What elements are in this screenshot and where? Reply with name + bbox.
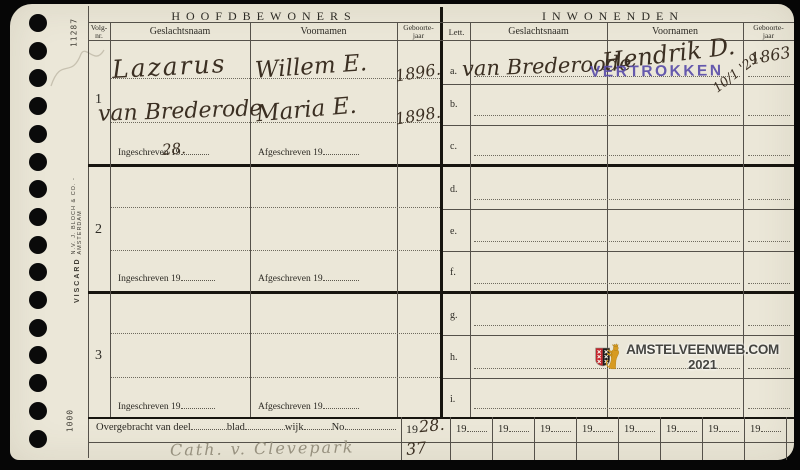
hw-street-name: Cath. v. Clevepark xyxy=(170,439,355,458)
volgnr-2: 2 xyxy=(95,222,102,238)
header-volgnr-line2: nr. xyxy=(95,32,103,40)
serial-number-bottom: 1000 xyxy=(66,401,75,441)
dotted-leader xyxy=(635,423,655,432)
punch-hole xyxy=(29,153,47,171)
row-letter-g: g. xyxy=(450,310,458,321)
dotted-leader xyxy=(467,423,487,432)
hw-year-main: 28. xyxy=(418,417,445,436)
writing-line xyxy=(111,250,440,251)
label-text: Afgeschreven 19 xyxy=(258,274,323,284)
year-cell: 19 xyxy=(540,423,571,435)
blad-label: blad xyxy=(227,422,245,433)
block-divider-1 xyxy=(88,164,794,167)
punch-hole xyxy=(29,346,47,364)
label-text: Afgeschreven 19 xyxy=(258,148,323,158)
writing-line xyxy=(748,325,790,326)
dotted-leader xyxy=(719,423,739,432)
left-surname-column-line xyxy=(250,22,251,417)
writing-line xyxy=(748,76,790,77)
dotted-leader xyxy=(551,423,571,432)
dotted-leader xyxy=(677,423,697,432)
no-label: No. xyxy=(332,422,347,433)
hw-house-number: 37 xyxy=(405,440,427,458)
bottom-cell-line xyxy=(576,417,577,460)
right-row-line xyxy=(443,251,794,252)
year-cell-text: 19 xyxy=(666,424,677,435)
header-right-surname: Geslachtsnaam xyxy=(470,23,607,40)
header-left-firstnames: Voornamen xyxy=(250,23,397,40)
dotted-leader xyxy=(181,400,215,409)
row-letter-c: c. xyxy=(450,141,457,152)
punch-hole xyxy=(29,180,47,198)
hw-surname-1b: van Brederode xyxy=(98,98,263,126)
row-letter-b: b. xyxy=(450,99,458,110)
writing-line xyxy=(474,155,740,156)
margin-divider-line xyxy=(88,6,89,458)
row-letter-f: f. xyxy=(450,267,456,278)
year-cell: 19 xyxy=(708,423,739,435)
writing-line xyxy=(748,115,790,116)
hw-ingeschreven-year-1: 28. xyxy=(162,141,187,158)
year-cell: 19 xyxy=(582,423,613,435)
writing-line xyxy=(111,207,440,208)
bottom-cell-line xyxy=(450,417,451,460)
watermark: AMSTELVEENWEB.COM 2021 xyxy=(595,332,779,382)
dotted-leader xyxy=(593,423,613,432)
dotted-leader xyxy=(761,423,781,432)
bottom-cell-line xyxy=(702,417,703,460)
header-volgnr: Volg- nr. xyxy=(88,23,110,40)
printer-brand: VISCARD xyxy=(74,257,81,303)
bottom-cell-line xyxy=(786,417,787,460)
row-letter-i: i. xyxy=(450,394,455,405)
year-cell-text: 19 xyxy=(708,424,719,435)
year-cell-text: 19 xyxy=(456,424,467,435)
punch-hole xyxy=(29,236,47,254)
watermark-site: AMSTELVEENWEB.COM xyxy=(626,342,779,357)
watermark-year: 2021 xyxy=(626,357,779,372)
year-cell: 19 xyxy=(456,423,487,435)
dotted-leader xyxy=(181,272,215,281)
lett-column-line xyxy=(470,22,471,417)
writing-line xyxy=(748,241,790,242)
dotted-leader xyxy=(304,421,332,430)
header-left-surname: Geslachtsnaam xyxy=(110,23,250,40)
punch-hole xyxy=(29,319,47,337)
bottom-cell-line xyxy=(492,417,493,460)
year-cell-text: 19 xyxy=(540,424,551,435)
hw-year-1a: 1896. xyxy=(394,62,442,85)
year-cell-text: 19 xyxy=(582,424,593,435)
year-prefix-main: 19 xyxy=(406,422,418,437)
year-cell-text: 19 xyxy=(498,424,509,435)
printer-imprint: VISCARD N.V. J. BLOCH & CO. - AMSTERDAM xyxy=(71,153,83,303)
header-right-year: Geboorte- jaar xyxy=(743,23,794,40)
punch-hole xyxy=(29,125,47,143)
lion-rampant-icon xyxy=(604,335,622,379)
vertrokken-stamp: VERTROKKEN xyxy=(590,62,724,81)
punch-hole xyxy=(29,97,47,115)
punch-hole xyxy=(29,291,47,309)
writing-line xyxy=(748,283,790,284)
bottom-cell-line xyxy=(618,417,619,460)
year-cell: 19 xyxy=(666,423,697,435)
row-letter-h: h. xyxy=(450,352,458,363)
dotted-leader xyxy=(245,421,285,430)
bottom-cell-line xyxy=(401,417,402,460)
year-cell: 19 xyxy=(750,423,781,435)
header-left-year-line2: jaar xyxy=(413,32,424,40)
writing-line xyxy=(474,283,740,284)
transfer-line: Overgebracht van deel blad wijk No. xyxy=(96,421,396,433)
writing-line xyxy=(111,333,440,334)
afgeschreven-label-2: Afgeschreven 19 xyxy=(258,272,359,284)
registration-card: 11287 VISCARD N.V. J. BLOCH & CO. - AMST… xyxy=(10,4,794,460)
writing-line xyxy=(748,155,790,156)
watermark-text: AMSTELVEENWEB.COM 2021 xyxy=(626,342,779,372)
printer-name: N.V. J. BLOCH & CO. - AMSTERDAM xyxy=(71,153,83,254)
row-letter-e: e. xyxy=(450,226,457,237)
header-lett: Lett. xyxy=(443,23,470,40)
label-text: Afgeschreven 19 xyxy=(258,402,323,412)
punch-hole xyxy=(29,402,47,420)
punch-hole xyxy=(29,14,47,32)
writing-line xyxy=(111,377,440,378)
volgnr-3: 3 xyxy=(95,348,102,364)
right-row-line xyxy=(443,125,794,126)
bottom-cell-line xyxy=(534,417,535,460)
writing-line xyxy=(474,408,740,409)
label-text: Ingeschreven 19 xyxy=(118,402,181,412)
dotted-leader xyxy=(323,400,359,409)
punch-hole xyxy=(29,430,47,448)
afgeschreven-label-3: Afgeschreven 19 xyxy=(258,400,359,412)
writing-line xyxy=(474,115,740,116)
afgeschreven-label-1: Afgeschreven 19 xyxy=(258,146,359,158)
dotted-leader xyxy=(191,421,227,430)
hw-year-1b: 1898. xyxy=(394,105,442,128)
writing-line xyxy=(748,408,790,409)
hw-surname-1a: Lazarus xyxy=(111,51,227,82)
header-left-year: Geboorte- jaar xyxy=(397,23,440,40)
wijk-label: wijk xyxy=(285,422,304,433)
scan-background: { "margin": { "top_serial": "11287", "bo… xyxy=(0,0,800,470)
year-cell: 19 xyxy=(498,423,529,435)
dotted-leader xyxy=(509,423,529,432)
punch-hole xyxy=(29,263,47,281)
year-cell-text: 19 xyxy=(750,424,761,435)
writing-line xyxy=(474,241,740,242)
writing-line xyxy=(474,325,740,326)
ingeschreven-label-2: Ingeschreven 19 xyxy=(118,272,215,284)
year-cell-text: 19 xyxy=(624,424,635,435)
right-row-line xyxy=(443,209,794,210)
bottom-cell-line xyxy=(660,417,661,460)
bottom-cell-line xyxy=(744,417,745,460)
punch-hole xyxy=(29,208,47,226)
header-right-year-line2: jaar xyxy=(763,32,774,40)
row-letter-a: a. xyxy=(450,66,457,77)
label-text: Ingeschreven 19 xyxy=(118,274,181,284)
writing-line xyxy=(748,199,790,200)
volgnr-column-line xyxy=(110,22,111,417)
year-cell: 19 xyxy=(624,423,655,435)
row-letter-d: d. xyxy=(450,184,458,195)
dotted-leader xyxy=(347,421,396,430)
serial-number-top: 11287 xyxy=(70,9,79,57)
dotted-leader xyxy=(323,272,359,281)
block-divider-2 xyxy=(88,291,794,294)
right-row-line xyxy=(443,84,794,85)
dotted-leader xyxy=(323,146,359,155)
ingeschreven-label-3: Ingeschreven 19 xyxy=(118,400,215,412)
transfer-label: Overgebracht van deel xyxy=(96,422,191,433)
writing-line xyxy=(474,199,740,200)
punch-hole xyxy=(29,374,47,392)
